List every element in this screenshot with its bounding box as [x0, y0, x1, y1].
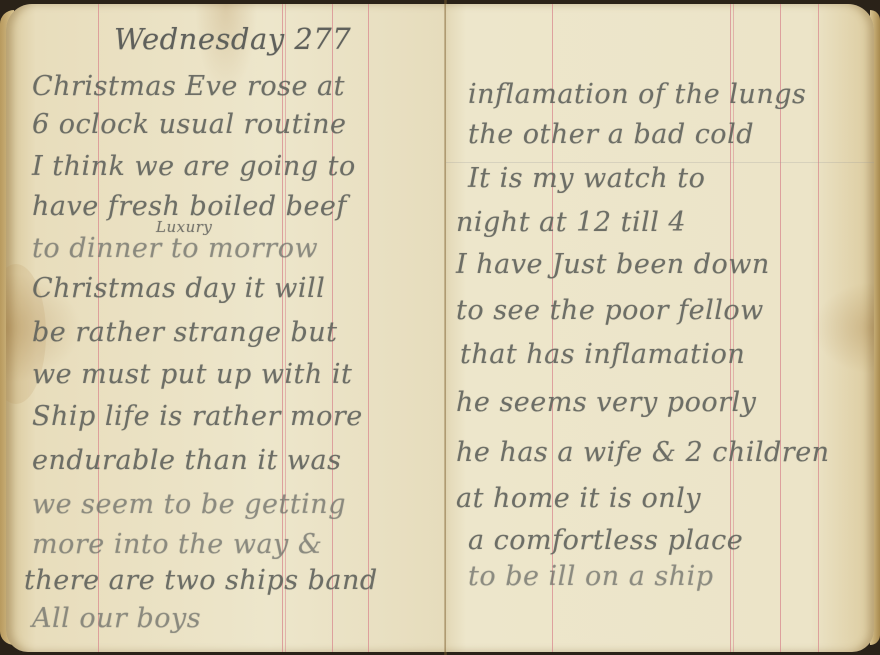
text-line: 6 oclock usual routine [32, 110, 346, 140]
text-line: night at 12 till 4 [456, 208, 686, 238]
text-line: endurable than it was [32, 446, 341, 476]
text-line: Christmas Eve rose at [32, 72, 345, 102]
text-line: at home it is only [456, 484, 701, 514]
text-line: Ship life is rather more [32, 402, 363, 432]
text-line: we seem to be getting [32, 490, 346, 520]
text-line: to dinner to morrow [32, 234, 318, 264]
right-page-text: inflamation of the lungs the other a bad… [446, 4, 874, 652]
text-line: to be ill on a ship [468, 562, 714, 592]
text-line: to see the poor fellow [456, 296, 764, 326]
right-page: inflamation of the lungs the other a bad… [446, 4, 874, 652]
text-line: that has inflamation [460, 340, 745, 370]
text-line: inflamation of the lungs [468, 80, 806, 110]
text-line: he seems very poorly [456, 388, 756, 418]
text-line: I have Just been down [456, 250, 770, 280]
text-line: more into the way & [32, 530, 322, 560]
text-line: there are two ships band [24, 566, 378, 596]
left-page-text: Wednesday 277 Christmas Eve rose at 6 oc… [6, 4, 446, 652]
text-line: we must put up with it [32, 360, 352, 390]
diary-spread: Wednesday 277 Christmas Eve rose at 6 oc… [0, 0, 880, 655]
text-line: a comfortless place [468, 526, 743, 556]
text-line: All our boys [32, 604, 201, 634]
text-line: Christmas day it will [32, 274, 325, 304]
text-line: the other a bad cold [468, 120, 754, 150]
left-page: Wednesday 277 Christmas Eve rose at 6 oc… [6, 4, 446, 652]
text-line: It is my watch to [468, 164, 705, 194]
text-line: he has a wife & 2 children [456, 438, 830, 468]
text-line: I think we are going to [32, 152, 356, 182]
page-heading: Wednesday 277 [114, 24, 351, 54]
text-line: be rather strange but [32, 318, 338, 348]
